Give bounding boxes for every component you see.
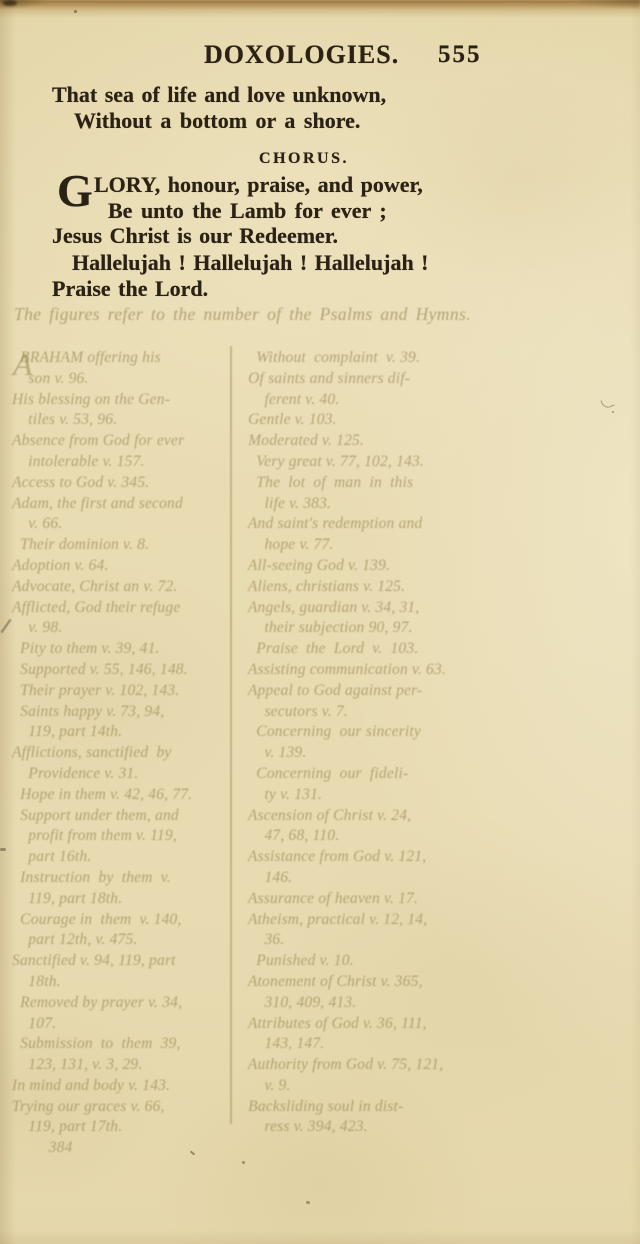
page-right-edge-shadow xyxy=(630,0,640,1244)
bleedthrough-index-note: The figures refer to the number of the P… xyxy=(14,304,471,325)
scanned-book-page: DOXOLOGIES. 555 That sea of life and lov… xyxy=(0,0,640,1244)
running-head-title: DOXOLOGIES. xyxy=(204,40,399,70)
bleedthrough-index-left-column: BRAHAM offering his son v. 96. His bless… xyxy=(12,348,192,1159)
paper-speck xyxy=(242,1161,245,1164)
chorus-line: LORY, honour, praise, and power, xyxy=(94,172,423,198)
chorus-line: Be unto the Lamb for ever ; xyxy=(108,198,387,224)
chorus-line: Praise the Lord. xyxy=(52,276,208,302)
dropcap-letter-g: G xyxy=(57,168,93,214)
hymn-line: Without a bottom or a shore. xyxy=(74,108,360,134)
paper-speck xyxy=(600,396,614,410)
hymn-line: That sea of life and love unknown, xyxy=(52,82,386,108)
page-bottom-edge-shadow xyxy=(0,1230,640,1244)
top-right-corner-shadow xyxy=(550,0,640,14)
chorus-line: Hallelujah ! Hallelujah ! Hallelujah ! xyxy=(72,250,429,276)
paper-speck xyxy=(306,1200,311,1204)
chorus-line: Jesus Christ is our Redeemer. xyxy=(52,223,338,249)
bleedthrough-index-right-column: Without complaint v. 39. Of saints and s… xyxy=(240,348,446,1138)
bleedthrough-column-divider xyxy=(230,346,232,1124)
paper-speck xyxy=(612,411,614,413)
page-number: 555 xyxy=(438,41,482,69)
page-top-edge-shadow xyxy=(0,0,640,18)
